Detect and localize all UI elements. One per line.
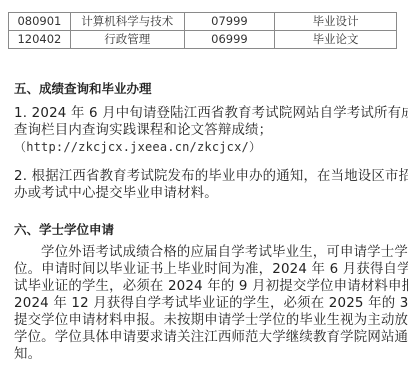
table-row: 120402 行政管理 06999 毕业论文 xyxy=(9,31,397,49)
paragraph-graduation-apply: 2. 根据江西省教育考试院发布的毕业申办的通知，在当地设区市招考 办或考试中心提… xyxy=(14,168,399,202)
course-code-cell: 07999 xyxy=(184,13,274,31)
section-heading-degree: 六、学士学位申请 xyxy=(14,220,114,238)
table-row: 080901 计算机科学与技术 07999 毕业设计 xyxy=(9,13,397,31)
major-course-table: 080901 计算机科学与技术 07999 毕业设计 120402 行政管理 0… xyxy=(8,12,397,49)
query-url-link[interactable]: （http://zkcjcx.jxeea.cn/zkcjcx/） xyxy=(14,139,399,156)
paragraph-grade-query: 1. 2024 年 6 月中旬请登陆江西省教育考试院网站自学考试所有成绩 查询栏… xyxy=(14,105,399,156)
section-heading-grades: 五、成绩查询和毕业办理 xyxy=(14,79,152,97)
text-line: 知。 xyxy=(14,346,399,363)
text-line: 学位外语考试成绩合格的应届自学考试毕业生，可申请学士学 xyxy=(14,244,399,261)
major-code-cell: 080901 xyxy=(9,13,71,31)
text-line: 2024 年 12 月获得自学考试毕业证的学生，必须在 2025 年的 3 月初 xyxy=(14,295,399,312)
text-line: 办或考试中心提交毕业申请材料。 xyxy=(14,185,399,202)
text-line: 提交学位申请材料申报。未按期申请学士学位的毕业生视为主动放弃 xyxy=(14,312,399,329)
course-name-cell: 毕业论文 xyxy=(275,31,397,49)
text-line: 查询栏目内查询实践课程和论文答辩成绩； xyxy=(14,122,399,139)
paragraph-degree-apply: 学位外语考试成绩合格的应届自学考试毕业生，可申请学士学 位。申请时间以毕业证书上… xyxy=(14,244,399,363)
text-line: 2. 根据江西省教育考试院发布的毕业申办的通知，在当地设区市招考 xyxy=(14,168,399,185)
text-line: 位。申请时间以毕业证书上毕业时间为准，2024 年 6 月获得自学考 xyxy=(14,261,399,278)
text-line: 1. 2024 年 6 月中旬请登陆江西省教育考试院网站自学考试所有成绩 xyxy=(14,105,399,122)
text-line: 试毕业证的学生，必须在 2024 年的 9 月初提交学位申请材料申报； xyxy=(14,278,399,295)
course-code-cell: 06999 xyxy=(184,31,274,49)
text-line: 学位。学位具体申请要求请关注江西师范大学继续教育学院网站通 xyxy=(14,329,399,346)
major-name-cell: 行政管理 xyxy=(70,31,184,49)
course-name-cell: 毕业设计 xyxy=(275,13,397,31)
major-name-cell: 计算机科学与技术 xyxy=(70,13,184,31)
major-code-cell: 120402 xyxy=(9,31,71,49)
